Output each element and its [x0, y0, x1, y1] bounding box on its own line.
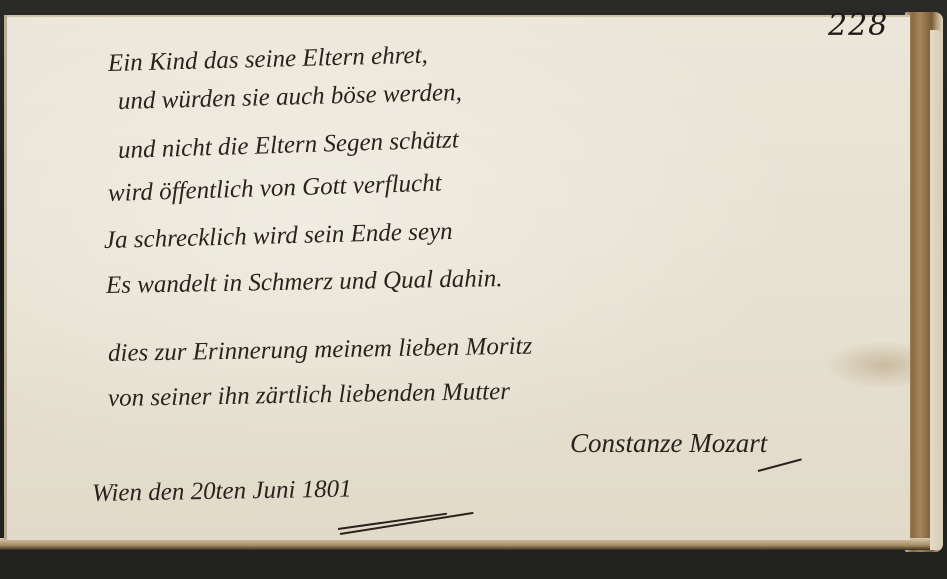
page-number: 228: [828, 8, 888, 43]
date-line: Wien den 20ten Juni 1801: [92, 475, 352, 508]
signature: Constanze Mozart: [570, 428, 767, 459]
page-edge-highlight: [930, 30, 942, 550]
